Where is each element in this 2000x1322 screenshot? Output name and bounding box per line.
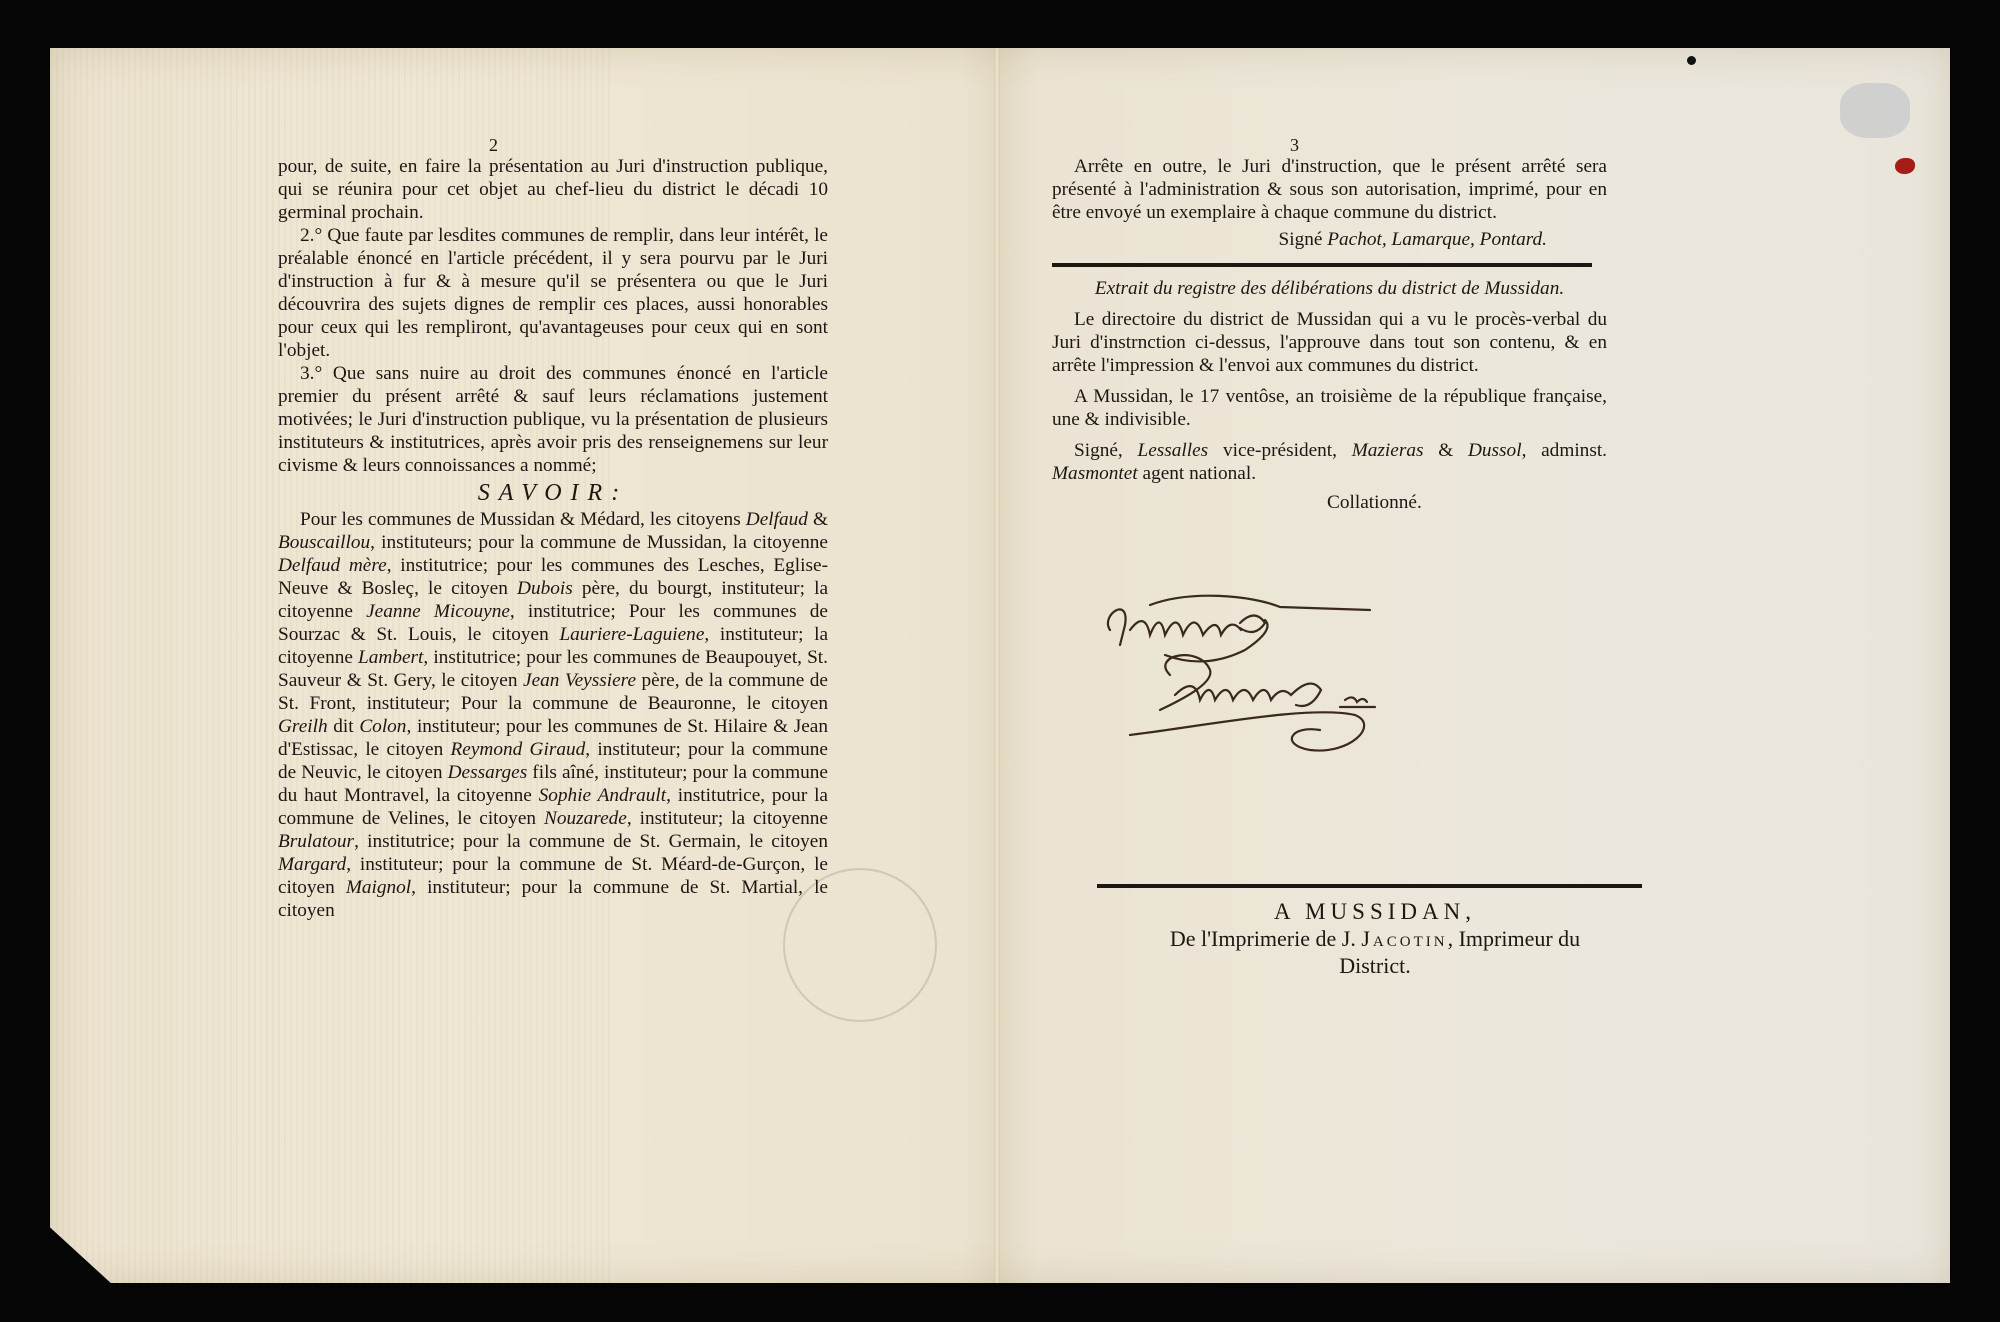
nominations-paragraph: Pour les communes de Mussidan & Médard, … — [278, 508, 828, 922]
center-fold — [994, 48, 1000, 1283]
page-number: 2 — [278, 135, 828, 155]
paper-hole — [1687, 56, 1696, 65]
imprint-city: A MUSSIDAN, — [1090, 898, 1660, 925]
section-heading: SAVOIR: — [278, 480, 828, 506]
imprint-printer-line: De l'Imprimerie de J. Jacotin, Imprimeur… — [1090, 925, 1660, 952]
paragraph: 3.° Que sans nuire au droit des communes… — [278, 362, 828, 477]
right-page: 3 Arrête en outre, le Juri d'instruction… — [1052, 135, 1607, 514]
arrete-paragraph: Arrête en outre, le Juri d'instruction, … — [1052, 155, 1607, 224]
paragraph: pour, de suite, en faire la présentation… — [278, 155, 828, 224]
red-wax-stain — [1895, 158, 1915, 174]
district-signatures: Signé, Lessalles vice-président, Maziera… — [1052, 439, 1607, 485]
paper-stain — [1840, 83, 1910, 138]
horizontal-rule — [1052, 263, 1592, 267]
collationne-label: Collationné. — [1052, 491, 1607, 514]
left-page: 2 pour, de suite, en faire la présentati… — [278, 135, 828, 922]
directoire-paragraph: Le directoire du district de Mussidan qu… — [1052, 308, 1607, 377]
imprint-district: District. — [1090, 952, 1660, 979]
handwritten-signature-icon — [1090, 585, 1390, 765]
horizontal-rule — [1097, 884, 1642, 888]
printer-imprint: A MUSSIDAN, De l'Imprimerie de J. Jacoti… — [1090, 898, 1660, 979]
page-number: 3 — [1052, 135, 1607, 155]
jury-signatures: Signé Pachot, Lamarque, Pontard. — [1052, 228, 1607, 251]
date-paragraph: A Mussidan, le 17 ventôse, an troisième … — [1052, 385, 1607, 431]
paragraph: 2.° Que faute par lesdites communes de r… — [278, 224, 828, 362]
extrait-title: Extrait du registre des délibérations du… — [1052, 277, 1607, 300]
